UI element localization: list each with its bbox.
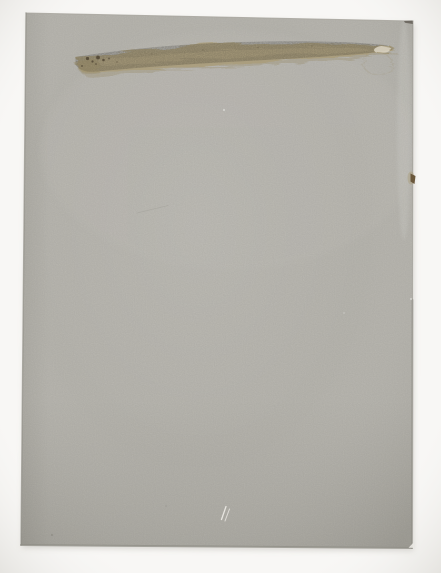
card-surface-shading — [21, 13, 420, 548]
paint-smear-left-blob — [75, 55, 97, 71]
cardboard-sheet — [21, 13, 420, 548]
artwork-canvas — [0, 0, 441, 573]
artwork-photo — [0, 0, 441, 573]
